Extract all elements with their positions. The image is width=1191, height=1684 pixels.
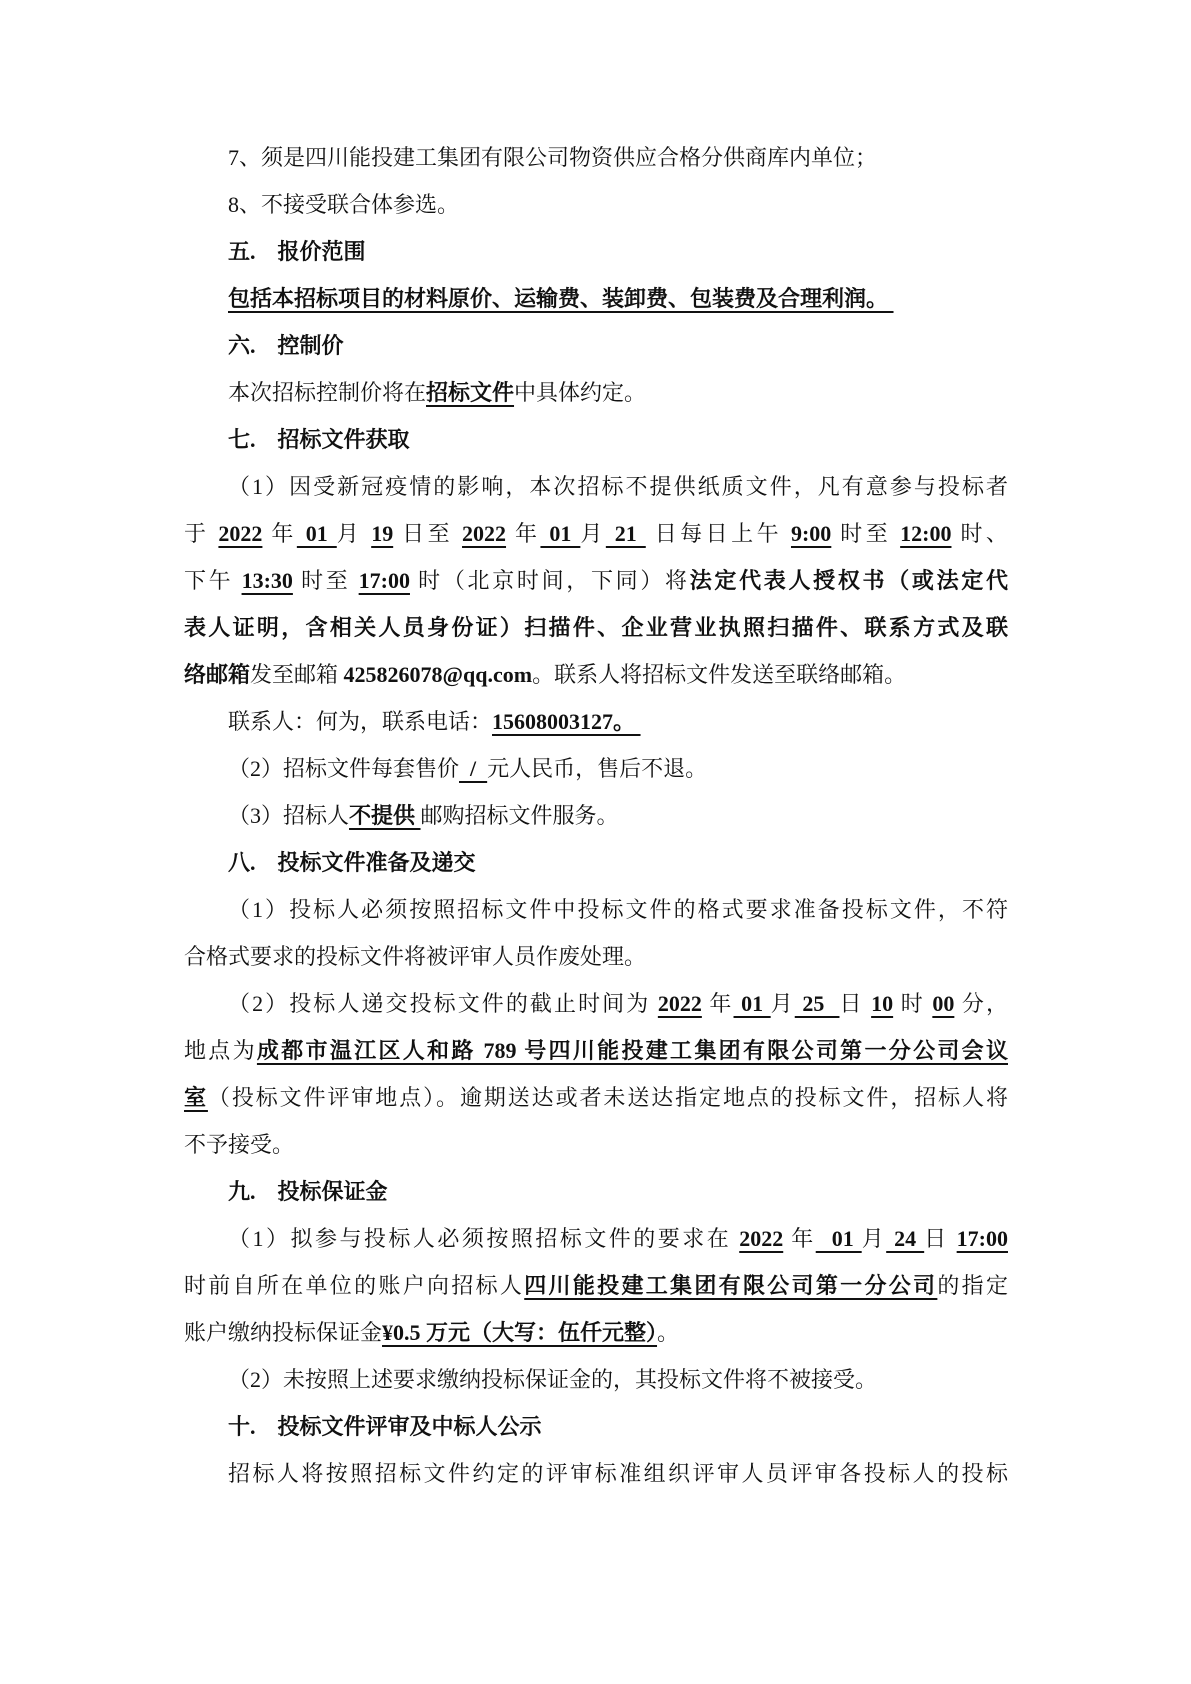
text-segment: 月 xyxy=(337,521,371,546)
text-segment: 时、 xyxy=(951,521,1007,546)
text-segment: 九. 投标保证金 xyxy=(228,1179,388,1204)
text-segment: （3）招标人 xyxy=(228,803,349,828)
text-segment: 年 xyxy=(506,521,540,546)
text-segment: 中具体约定。 xyxy=(514,380,646,405)
text-segment: 01 xyxy=(734,991,771,1016)
text-line: 于 2022 年 01 月 19 日至 2022 年 01 月 21 日每日上午… xyxy=(184,510,1008,557)
text-segment: 发至邮箱 xyxy=(250,662,344,687)
text-segment: 日 xyxy=(924,1226,956,1251)
text-segment: 元人民币，售后不退。 xyxy=(487,756,707,781)
text-line: 九. 投标保证金 xyxy=(184,1168,1008,1215)
text-line: 六. 控制价 xyxy=(184,322,1008,369)
text-segment: 六. 控制价 xyxy=(228,333,344,358)
text-segment: 时 xyxy=(893,991,932,1016)
text-line: （1）因受新冠疫情的影响，本次招标不提供纸质文件，凡有意参与投标者 xyxy=(184,463,1008,510)
text-segment: 01 xyxy=(816,1226,862,1251)
text-segment: 17:00 xyxy=(359,568,410,593)
text-segment: 包括本招标项目的材料原价、运输费、装卸费、包装费及合理利润。 xyxy=(228,286,894,311)
text-segment: 2022 xyxy=(658,991,702,1016)
text-segment: 本次招标控制价将在 xyxy=(228,380,426,405)
text-line: （2）未按照上述要求缴纳投标保证金的，其投标文件将不被接受。 xyxy=(184,1356,1008,1403)
text-line: 不予接受。 xyxy=(184,1121,1008,1168)
text-segment: （1）拟参与投标人必须按照招标文件的要求在 xyxy=(228,1226,739,1251)
text-segment: 2022 xyxy=(218,521,262,546)
text-segment: 9:00 xyxy=(791,521,831,546)
text-segment: 时至 xyxy=(293,568,359,593)
text-segment: 地点为 xyxy=(184,1038,257,1063)
text-segment: 下午 xyxy=(184,568,242,593)
text-segment: 17:00 xyxy=(957,1226,1008,1251)
text-segment: 月 xyxy=(580,521,605,546)
text-line: （1）拟参与投标人必须按照招标文件的要求在 2022 年 01 月 24 日 1… xyxy=(184,1215,1008,1262)
text-line: 络邮箱发至邮箱 425826078@qq.com。联系人将招标文件发送至联络邮箱… xyxy=(184,651,1008,698)
text-segment: 联系人：何为，联系电话： xyxy=(228,709,492,734)
text-segment: （投标文件评审地点）。逾期送达或者未送达指定地点的投标文件，招标人将 xyxy=(208,1085,1008,1110)
document-body: 7、须是四川能投建工集团有限公司物资供应合格分供商库内单位；8、不接受联合体参选… xyxy=(184,134,1008,1497)
text-segment: 年 xyxy=(783,1226,815,1251)
text-segment: （1）因受新冠疫情的影响，本次招标不提供纸质文件，凡有意参与投标者 xyxy=(228,474,1008,499)
text-segment: ¥0.5 万元（大写：伍仟元整） xyxy=(382,1320,657,1345)
text-segment: 月 xyxy=(771,991,795,1016)
text-segment: 邮购招标文件服务。 xyxy=(421,803,619,828)
text-line: （2）投标人递交投标文件的截止时间为 2022 年 01 月 25 日 10 时… xyxy=(184,980,1008,1027)
text-segment: 01 xyxy=(297,521,337,546)
text-segment: 时（北京时间，下同）将 xyxy=(410,568,690,593)
text-segment: 的指定 xyxy=(937,1273,1008,1298)
text-line: 本次招标控制价将在招标文件中具体约定。 xyxy=(184,369,1008,416)
text-segment: （1）投标人必须按照招标文件中投标文件的格式要求准备投标文件，不符 xyxy=(228,897,1008,922)
text-segment: 年 xyxy=(262,521,296,546)
text-line: 八. 投标文件准备及递交 xyxy=(184,839,1008,886)
text-segment: 425826078@qq.com xyxy=(344,662,533,687)
text-segment: 00 xyxy=(932,991,954,1016)
text-segment: 日至 xyxy=(393,521,462,546)
text-line: 时前自所在单位的账户向招标人四川能投建工集团有限公司第一分公司的指定 xyxy=(184,1262,1008,1309)
document-page: 7、须是四川能投建工集团有限公司物资供应合格分供商库内单位；8、不接受联合体参选… xyxy=(0,0,1191,1684)
text-line: 账户缴纳投标保证金¥0.5 万元（大写：伍仟元整）。 xyxy=(184,1309,1008,1356)
text-segment: （2）投标人递交投标文件的截止时间为 xyxy=(228,991,658,1016)
text-line: 8、不接受联合体参选。 xyxy=(184,181,1008,228)
text-line: 包括本招标项目的材料原价、运输费、装卸费、包装费及合理利润。 xyxy=(184,275,1008,322)
text-line: 表人证明，含相关人员身份证）扫描件、企业营业执照扫描件、联系方式及联 xyxy=(184,604,1008,651)
text-segment: 01 xyxy=(540,521,580,546)
text-segment: 21 xyxy=(606,521,646,546)
text-segment: 不提供 xyxy=(349,803,421,828)
text-segment: 25 xyxy=(795,991,840,1016)
text-segment: 八. 投标文件准备及递交 xyxy=(228,850,476,875)
text-segment: 年 xyxy=(702,991,734,1016)
text-segment: 招标文件 xyxy=(426,380,514,405)
text-segment: 十. 投标文件评审及中标人公示 xyxy=(228,1414,542,1439)
text-segment: 络邮箱 xyxy=(184,662,250,687)
text-segment: 成都市温江区人和路 789 号四川能投建工集团有限公司第一分公司会议 xyxy=(257,1038,1008,1063)
text-segment: 。 xyxy=(657,1320,679,1345)
text-segment: 8、不接受联合体参选。 xyxy=(228,192,459,217)
text-segment: 。联系人将招标文件发送至联络邮箱。 xyxy=(532,662,906,687)
text-segment: 室 xyxy=(184,1085,208,1110)
text-segment: 七. 招标文件获取 xyxy=(228,427,410,452)
text-segment: 时至 xyxy=(831,521,900,546)
text-segment: 于 xyxy=(184,521,218,546)
text-segment: （2）招标文件每套售价 xyxy=(228,756,459,781)
text-segment: 12:00 xyxy=(900,521,951,546)
text-line: 7、须是四川能投建工集团有限公司物资供应合格分供商库内单位； xyxy=(184,134,1008,181)
text-line: （3）招标人不提供 邮购招标文件服务。 xyxy=(184,792,1008,839)
text-segment: 24 xyxy=(886,1226,924,1251)
text-line: （1）投标人必须按照招标文件中投标文件的格式要求准备投标文件，不符 xyxy=(184,886,1008,933)
text-segment: 13:30 xyxy=(242,568,293,593)
text-segment: 五. 报价范围 xyxy=(228,239,366,264)
text-segment: 表人证明，含相关人员身份证）扫描件、企业营业执照扫描件、联系方式及联 xyxy=(184,615,1008,640)
text-line: 合格式要求的投标文件将被评审人员作废处理。 xyxy=(184,933,1008,980)
text-segment: （2）未按照上述要求缴纳投标保证金的，其投标文件将不被接受。 xyxy=(228,1367,877,1392)
text-line: 联系人：何为，联系电话：15608003127。 xyxy=(184,698,1008,745)
text-segment: 不予接受。 xyxy=(184,1132,294,1157)
text-line: 室（投标文件评审地点）。逾期送达或者未送达指定地点的投标文件，招标人将 xyxy=(184,1074,1008,1121)
text-segment: 2022 xyxy=(739,1226,783,1251)
text-line: 五. 报价范围 xyxy=(184,228,1008,275)
text-line: 七. 招标文件获取 xyxy=(184,416,1008,463)
text-segment: 月 xyxy=(862,1226,887,1251)
text-segment: 10 xyxy=(871,991,893,1016)
text-line: （2）招标文件每套售价 / 元人民币，售后不退。 xyxy=(184,745,1008,792)
text-segment: 分， xyxy=(954,991,1008,1016)
text-segment: 日每日上午 xyxy=(646,521,791,546)
text-segment: 2022 xyxy=(462,521,506,546)
text-line: 地点为成都市温江区人和路 789 号四川能投建工集团有限公司第一分公司会议 xyxy=(184,1027,1008,1074)
text-segment: 招标人将按照招标文件约定的评审标准组织评审人员评审各投标人的投标 xyxy=(228,1461,1008,1486)
text-segment: 7、须是四川能投建工集团有限公司物资供应合格分供商库内单位； xyxy=(228,145,877,170)
text-segment: 合格式要求的投标文件将被评审人员作废处理。 xyxy=(184,944,646,969)
text-segment: 法定代表人授权书（或法定代 xyxy=(690,568,1008,593)
text-segment: 时前自所在单位的账户向招标人 xyxy=(184,1273,524,1298)
text-line: 招标人将按照招标文件约定的评审标准组织评审人员评审各投标人的投标 xyxy=(184,1450,1008,1497)
text-segment: / xyxy=(459,756,487,781)
text-line: 下午 13:30 时至 17:00 时（北京时间，下同）将法定代表人授权书（或法… xyxy=(184,557,1008,604)
text-line: 十. 投标文件评审及中标人公示 xyxy=(184,1403,1008,1450)
text-segment: 日 xyxy=(839,991,871,1016)
text-segment: 19 xyxy=(371,521,393,546)
text-segment: 账户缴纳投标保证金 xyxy=(184,1320,382,1345)
text-segment: 15608003127。 xyxy=(492,709,641,734)
text-segment: 四川能投建工集团有限公司第一分公司 xyxy=(524,1273,937,1298)
